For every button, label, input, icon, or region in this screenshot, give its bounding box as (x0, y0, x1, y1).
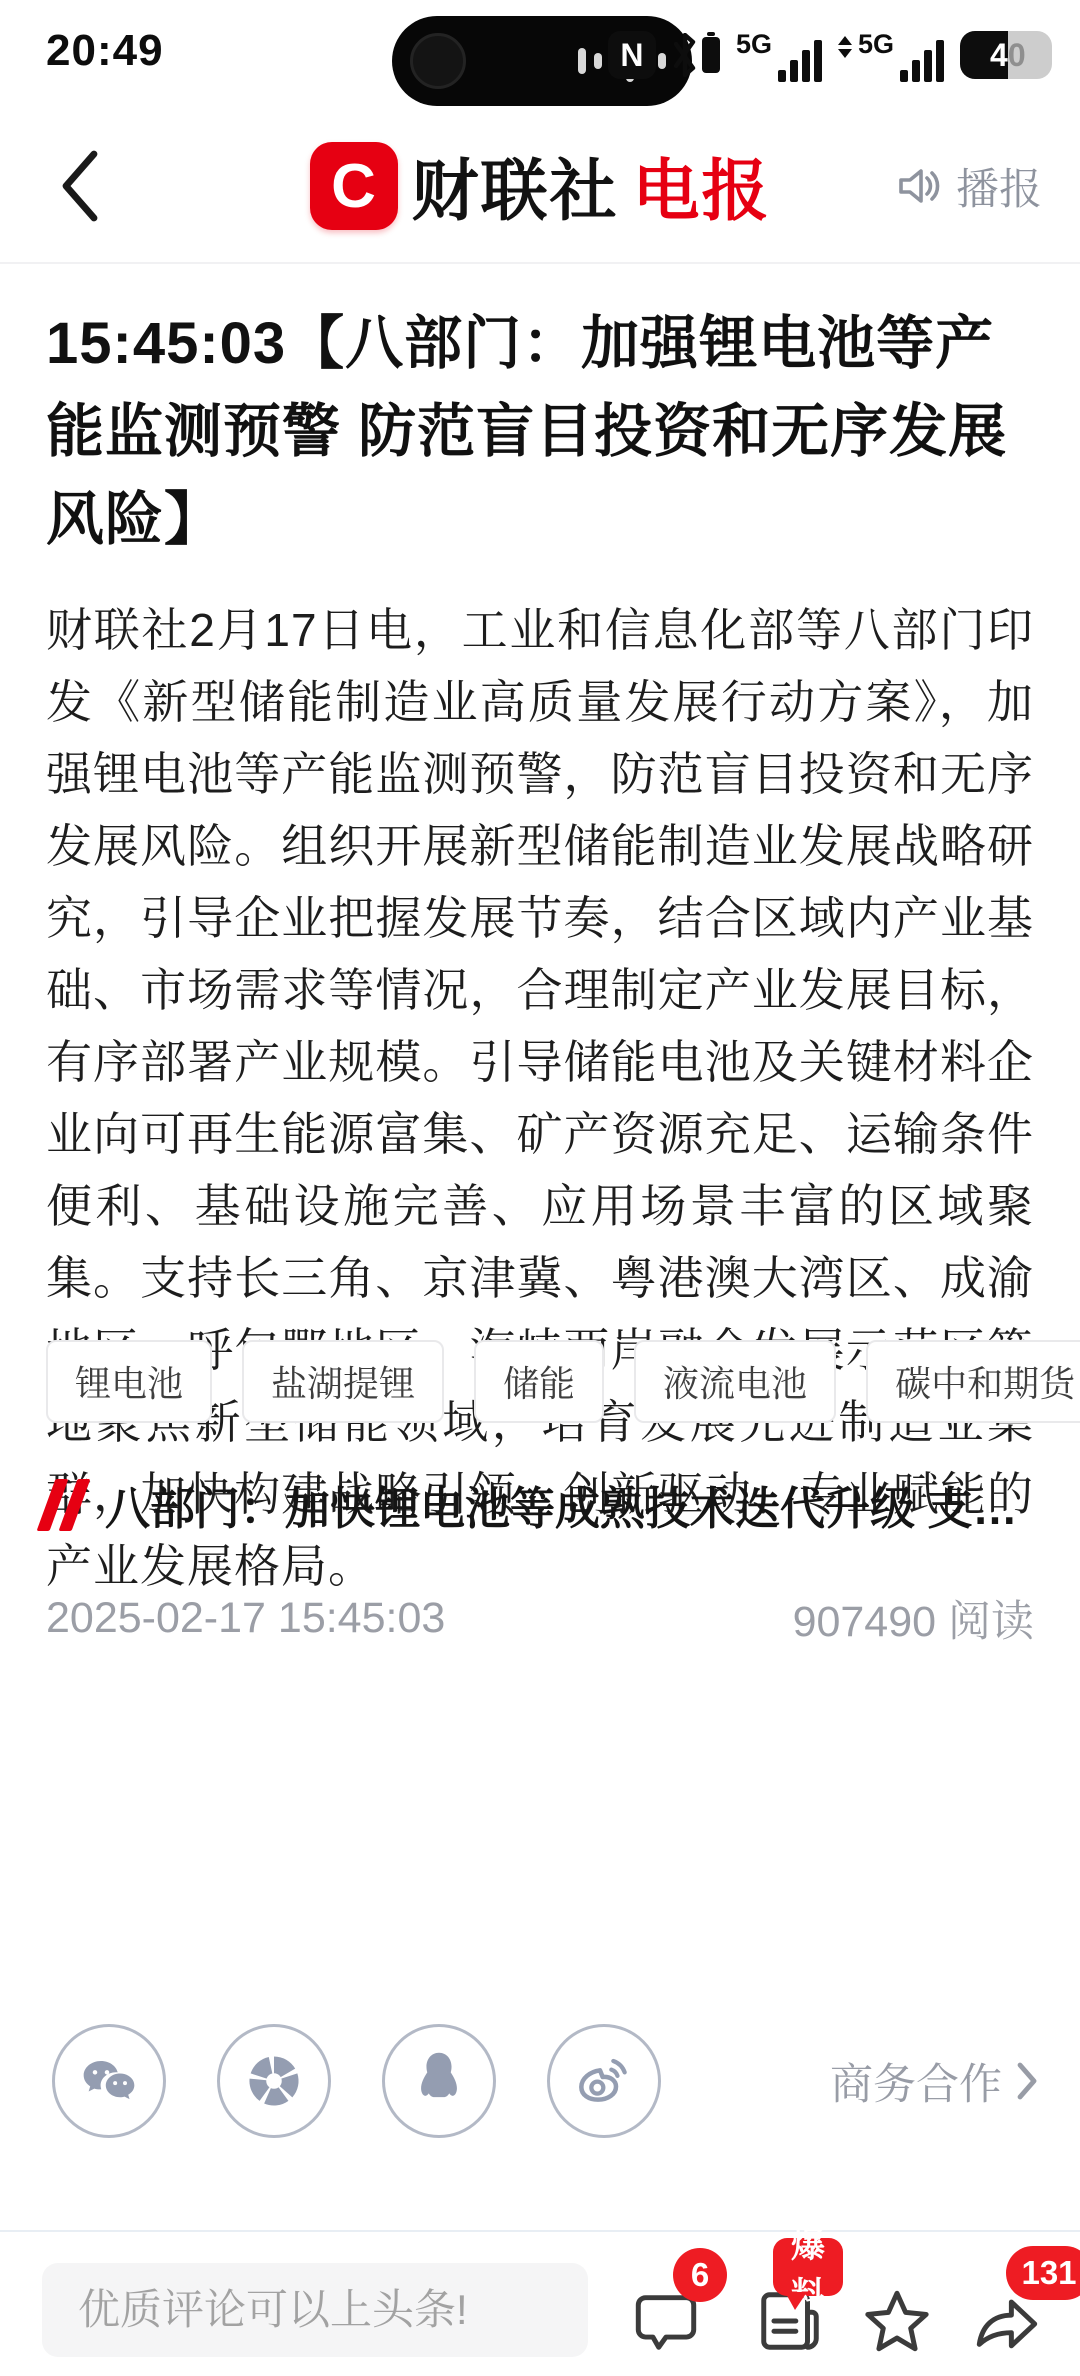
tag-chip[interactable]: 碳中和期货 (866, 1340, 1080, 1423)
comment-count-badge: 6 (673, 2248, 727, 2302)
qq-icon (410, 2050, 468, 2112)
status-icons: N 5G 5G 4 0 (608, 0, 1052, 110)
wechat-icon (77, 2049, 141, 2113)
logo-text-red: 电报 (633, 138, 771, 234)
logo-text-black: 财联社 (412, 138, 619, 234)
signal-sim1-icon: 5G (736, 29, 822, 82)
nfc-icon: N (608, 31, 656, 79)
comments-button[interactable]: 6 (631, 2286, 701, 2356)
tag-chip[interactable]: 液流电池 (634, 1340, 836, 1423)
cls-logo-icon: C (310, 142, 398, 230)
status-bar: 20:49 N 5G 5G 4 0 (0, 0, 1080, 110)
broadcast-label: 播报 (956, 156, 1042, 217)
related-article-link[interactable]: 八部门：加快锂电池等成熟技术迭代升级 支持颠... (46, 1472, 1034, 1537)
forward-button[interactable]: 131 (972, 2286, 1042, 2356)
star-icon (862, 2286, 932, 2356)
share-qq-button[interactable] (382, 2024, 496, 2138)
share-count-badge: 131 (1006, 2246, 1080, 2300)
business-label: 商务合作 (830, 2051, 1002, 2112)
clock: 20:49 (46, 26, 164, 76)
broadcast-button[interactable]: 播报 (894, 110, 1042, 262)
share-weibo-button[interactable] (547, 2024, 661, 2138)
publish-time: 2025-02-17 15:45:03 (46, 1594, 445, 1643)
share-row: 商务合作 (52, 2024, 1040, 2138)
phone-screen: 20:49 N 5G 5G 4 0 (0, 0, 1080, 2376)
weibo-icon (572, 2049, 636, 2113)
speaker-icon (894, 161, 944, 211)
tag-list: 锂电池 盐湖提锂 储能 液流电池 碳中和期货 (46, 1340, 1034, 1423)
battery-icon: 4 0 (960, 31, 1052, 79)
read-count: 907490 阅读 (793, 1588, 1034, 1649)
related-headline: 八部门：加快锂电池等成熟技术迭代升级 支持颠... (105, 1472, 1034, 1537)
article-body: 财联社2月17日电，工业和信息化部等八部门印发《新型储能制造业高质量发展行动方案… (46, 594, 1034, 1602)
article-meta: 2025-02-17 15:45:03 907490 阅读 (46, 1588, 1034, 1649)
bluetooth-icon (672, 33, 720, 77)
front-camera (410, 33, 466, 89)
bluetooth-battery-icon (702, 37, 720, 73)
wechat-moments-icon (243, 2050, 305, 2112)
favorite-button[interactable] (862, 2286, 932, 2356)
tag-chip[interactable]: 盐湖提锂 (242, 1340, 444, 1423)
header: C 财联社 电报 播报 (0, 110, 1080, 262)
business-cooperation-link[interactable]: 商务合作 (830, 2051, 1040, 2112)
article-title: 15:45:03【八部门：加强锂电池等产能监测预警 防范盲目投资和无序发展风险】 (46, 300, 1034, 564)
comment-input[interactable] (42, 2263, 588, 2357)
bottom-bar: 6 爆料 131 (0, 2230, 1080, 2376)
quote-slashes-icon (46, 1479, 81, 1531)
chevron-right-icon (1014, 2061, 1040, 2101)
signal-sim2-icon: 5G (838, 29, 944, 82)
share-wechat-button[interactable] (52, 2024, 166, 2138)
tag-chip[interactable]: 储能 (474, 1340, 604, 1423)
tip-off-button[interactable]: 爆料 (755, 2286, 825, 2356)
tip-off-badge: 爆料 (773, 2238, 843, 2296)
share-moments-button[interactable] (217, 2024, 331, 2138)
tag-chip[interactable]: 锂电池 (46, 1340, 212, 1423)
